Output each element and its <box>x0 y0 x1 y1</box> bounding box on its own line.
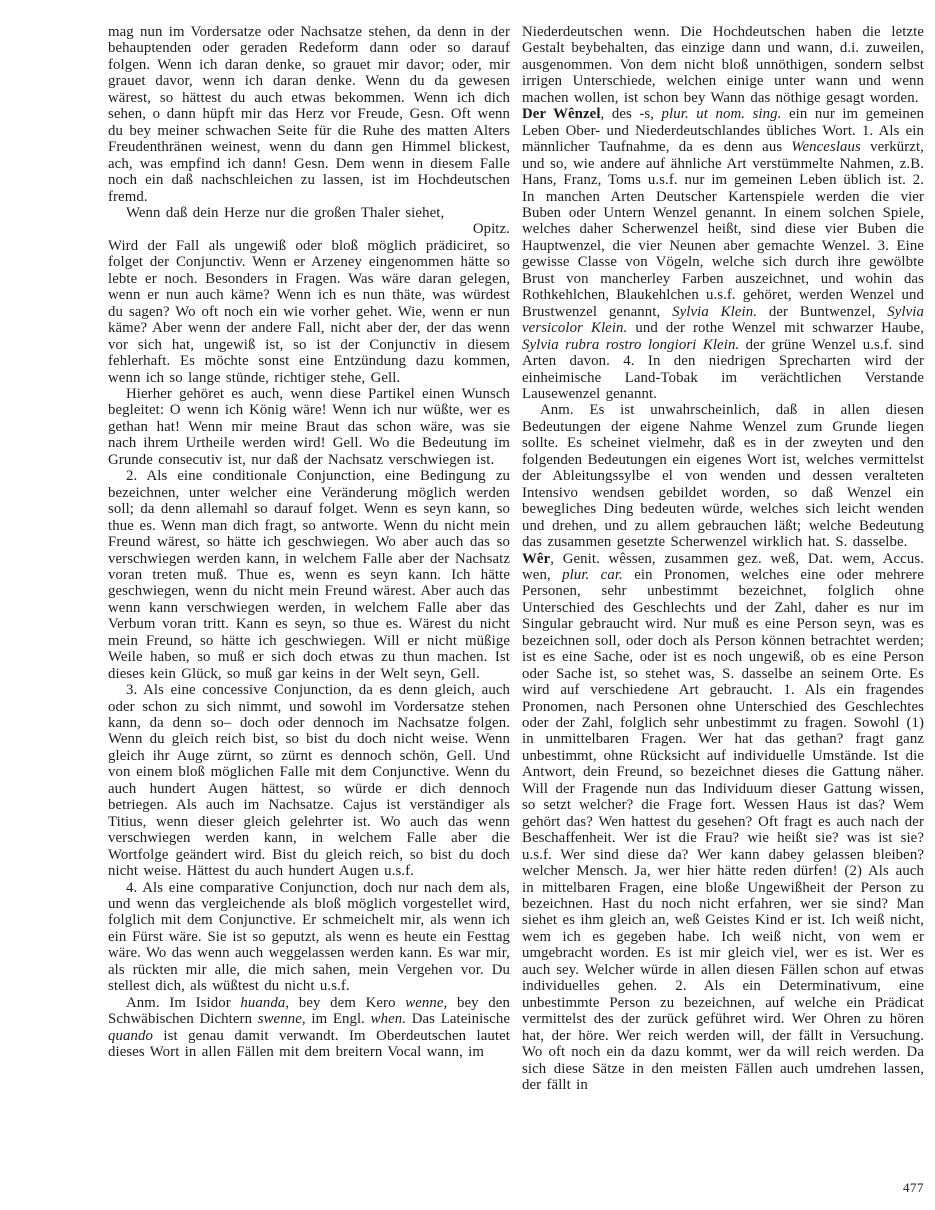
text-columns: mag nun im Vordersatze oder Nachsatze st… <box>108 24 924 1093</box>
text-run: verkürzt, und so, wie andere auf ähnlich… <box>522 139 924 320</box>
text-run: Niederdeutschen wenn. Die Hochdeutschen … <box>522 24 924 106</box>
headword: Wêr <box>522 551 550 567</box>
paragraph: Hierher gehöret es auch, wenn diese Part… <box>108 386 510 468</box>
paragraph: 4. Als eine comparative Conjunction, doc… <box>108 880 510 995</box>
paragraph: 3. Als eine concessive Conjunction, da e… <box>108 682 510 879</box>
headword: Der Wênzel <box>522 106 601 122</box>
italic-text: plur. ut nom. sing. <box>662 106 782 122</box>
italic-text: Sylvia rubra rostro longiori Klein. <box>522 337 739 353</box>
text-run: Wenn daß dein Herze nur die großen Thale… <box>126 205 444 221</box>
entry-wer: Wêr, Genit. wêssen, zusammen gez. weß, D… <box>522 551 924 1094</box>
italic-text: swenne, <box>258 1011 306 1027</box>
text-run: mag nun im Vordersatze oder Nachsatze st… <box>108 24 510 205</box>
italic-text: wenne, <box>405 995 447 1011</box>
text-run: Hierher gehöret es auch, wenn diese Part… <box>108 386 510 468</box>
text-run: Anm. Im Isidor <box>126 995 240 1011</box>
text-run: Anm. Es ist unwahrscheinlich, daß in all… <box>522 402 924 550</box>
text-run: , des -s, <box>601 106 662 122</box>
italic-text: huanda, <box>240 995 289 1011</box>
text-run: Das Lateinische <box>406 1011 510 1027</box>
paragraph: Anm. Im Isidor huanda, bey dem Kero wenn… <box>108 995 510 1061</box>
text-column-right: Niederdeutschen wenn. Die Hochdeutschen … <box>522 24 924 1093</box>
paragraph: mag nun im Vordersatze oder Nachsatze st… <box>108 24 510 205</box>
text-run: Opitz. <box>473 221 510 237</box>
text-run: im Engl. <box>306 1011 371 1027</box>
text-column-left: mag nun im Vordersatze oder Nachsatze st… <box>108 24 510 1093</box>
text-run: Wird der Fall als ungewiß oder bloß mögl… <box>108 238 510 386</box>
italic-text: Wenceslaus <box>791 139 861 155</box>
text-run: ist genau damit verwandt. Im Oberdeutsch… <box>108 1028 510 1060</box>
italic-text: plur. car. <box>562 567 623 583</box>
paragraph: Niederdeutschen wenn. Die Hochdeutschen … <box>522 24 924 106</box>
text-run: bey dem Kero <box>289 995 405 1011</box>
page-number: 477 <box>108 1180 924 1196</box>
text-run: 3. Als eine concessive Conjunction, da e… <box>108 682 510 879</box>
text-run: der Buntwenzel, <box>757 304 887 320</box>
italic-text: Sylvia Klein. <box>672 304 757 320</box>
paragraph: Wird der Fall als ungewiß oder bloß mögl… <box>108 238 510 386</box>
paragraph: 2. Als eine conditionale Conjunction, ei… <box>108 468 510 682</box>
dictionary-page: mag nun im Vordersatze oder Nachsatze st… <box>0 0 935 1210</box>
italic-text: when. <box>371 1011 406 1027</box>
text-run: 4. Als eine comparative Conjunction, doc… <box>108 880 510 995</box>
text-run: und der rothe Wenzel mit schwarzer Haube… <box>627 320 924 336</box>
entry-wenzel: Der Wênzel, des -s, plur. ut nom. sing. … <box>522 106 924 402</box>
text-run: ein Pronomen, welches eine oder mehrere … <box>522 567 924 1093</box>
paragraph: Opitz. <box>108 221 510 237</box>
text-run: 2. Als eine conditionale Conjunction, ei… <box>108 468 510 681</box>
italic-text: quando <box>108 1028 153 1044</box>
paragraph: Wenn daß dein Herze nur die großen Thale… <box>108 205 510 221</box>
paragraph: Anm. Es ist unwahrscheinlich, daß in all… <box>522 402 924 550</box>
